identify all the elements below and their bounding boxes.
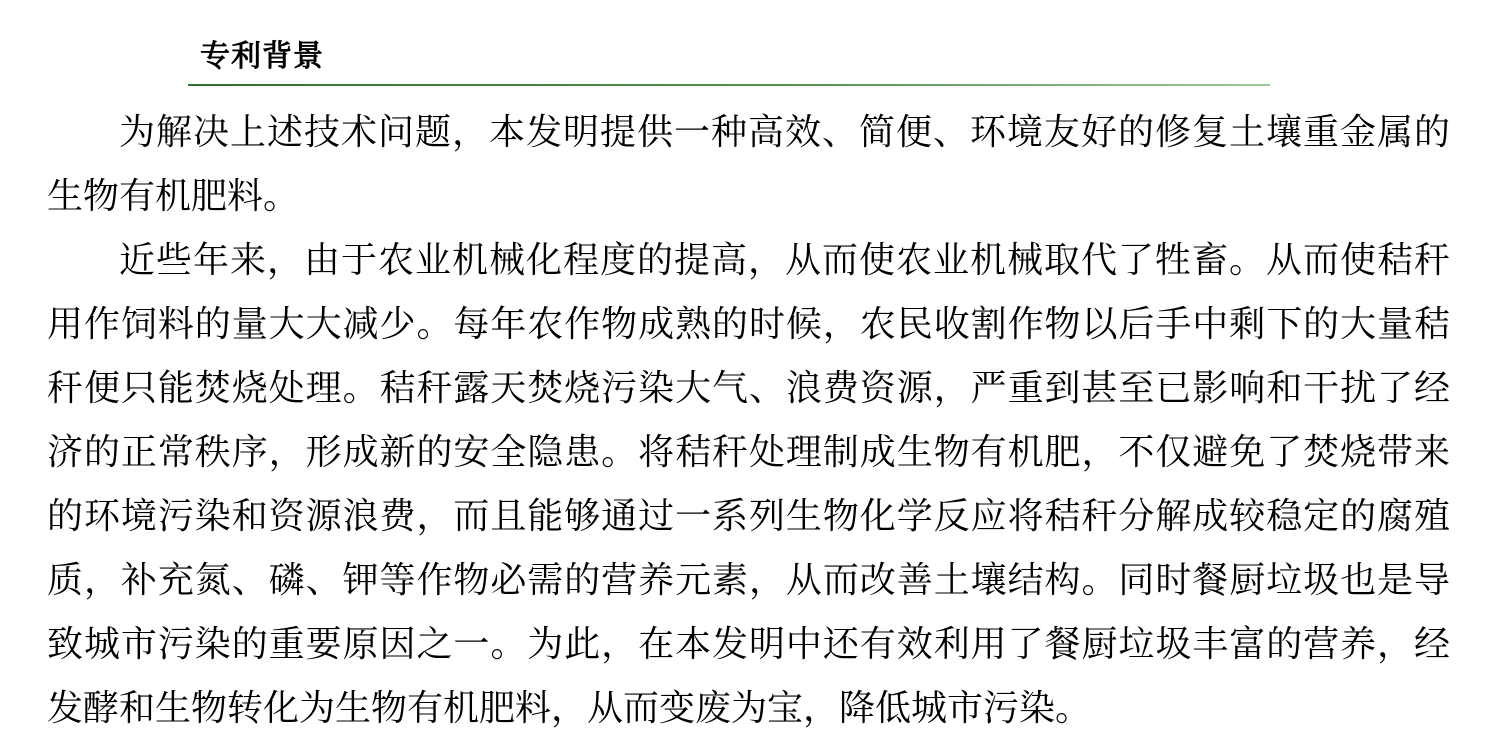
section-heading-wrap: 专利背景: [0, 0, 1500, 86]
document-body: 为解决上述技术问题，本发明提供一种高效、简便、环境友好的修复土壤重金属的生物有机…: [0, 86, 1500, 740]
section-title: 专利背景: [200, 38, 1500, 76]
paragraph-2: 近些年来，由于农业机械化程度的提高，从而使农业机械取代了牲畜。从而使秸秆用作饲料…: [47, 228, 1450, 740]
document-page: 专利背景 为解决上述技术问题，本发明提供一种高效、简便、环境友好的修复土壤重金属…: [0, 0, 1500, 750]
paragraph-1: 为解决上述技术问题，本发明提供一种高效、简便、环境友好的修复土壤重金属的生物有机…: [47, 100, 1450, 228]
